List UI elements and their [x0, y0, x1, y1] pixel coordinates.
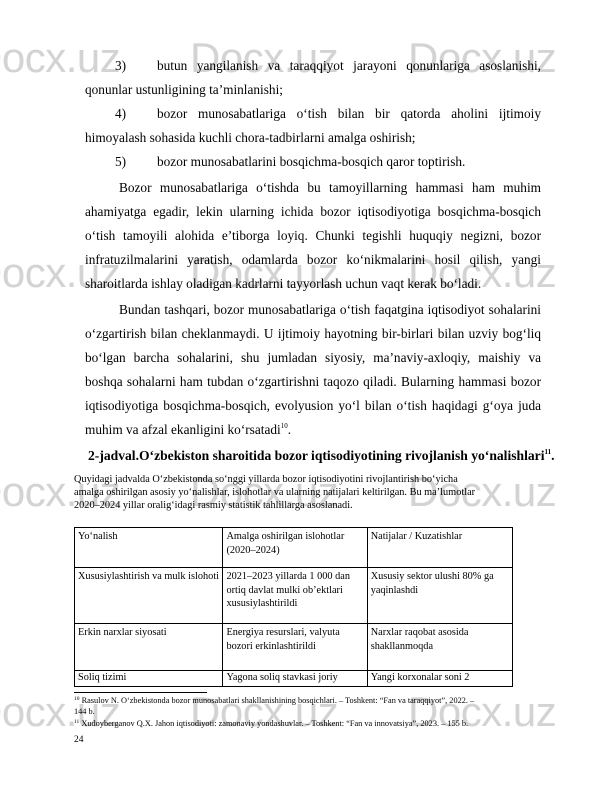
footnote-text: Rasulov N. O‘zbekistonda bozor munosabat…	[82, 696, 475, 705]
paragraph-line: muhim va afzal ekanligini ko‘rsatadi10.	[85, 422, 541, 438]
table-row: Xususiylashtirish va mulk islohoti 2021–…	[75, 568, 513, 624]
list-number: 4)	[115, 106, 126, 122]
table-cell: Energiya resurslari, valyuta bozori erki…	[223, 624, 367, 671]
paragraph-line: Bozor munosabatlariga o‘tishda bu tamoyi…	[119, 180, 541, 196]
paragraph-text: muhim va afzal ekanligini ko‘rsatadi	[85, 422, 281, 437]
list-text-continued: himoyalash sohasida kuchli chora-tadbirl…	[85, 130, 541, 146]
paragraph-line: o‘tish tamoyili alohida e’tiborga loyiq.…	[85, 228, 541, 244]
paragraph-end: .	[288, 422, 291, 437]
paragraph-line: bo‘lgan barcha sohalarini, shu jumladan …	[85, 350, 541, 366]
footnote-number: 10	[74, 696, 80, 702]
list-number: 5)	[115, 154, 126, 170]
table-cell: Narxlar raqobat asosida shakllanmoqda	[367, 624, 512, 671]
table-header-cell: Yo‘nalish	[75, 528, 223, 568]
paragraph-line: ahamiyatga egadir, lekin ularning ichida…	[85, 204, 541, 220]
list-text: bozor munosabatlariga o‘tish bilan bir q…	[157, 106, 541, 122]
table-caption-text: 2-jadval.O‘zbekiston sharoitida bozor iq…	[88, 448, 544, 463]
paragraph-line: boshqa sohalarni ham tubdan o‘zgartirish…	[85, 374, 541, 390]
reforms-table: Yo‘nalish Amalga oshirilgan islohotlar (…	[74, 527, 513, 687]
table-header-cell: Amalga oshirilgan islohotlar (2020–2024)	[223, 528, 367, 568]
table-cell: Soliq tizimi	[75, 671, 223, 687]
list-text: bozor munosabatlarini bosqichma-bosqich …	[157, 154, 541, 170]
page-number: 24	[74, 735, 84, 745]
table-header-row: Yo‘nalish Amalga oshirilgan islohotlar (…	[75, 528, 513, 568]
footnote-text: Xudoyberganov Q.X. Jahon iqtisodiyoti: z…	[81, 719, 468, 728]
table-cell: Yagona soliq stavkasi joriy	[223, 671, 367, 687]
footnote-continued: 144 b.	[74, 707, 95, 718]
paragraph-line: infratuzilmalarini yaratish, odamlarda b…	[85, 252, 541, 268]
caption-end: .	[551, 448, 554, 463]
table-cell: Yangi korxonalar soni 2	[367, 671, 512, 687]
table-row: Erkin narxlar siyosati Energiya resursla…	[75, 624, 513, 671]
table-cell: 2021–2023 yillarda 1 000 dan ortiq davla…	[223, 568, 367, 624]
list-text: butun yangilanish va taraqqiyot jarayoni…	[157, 58, 541, 74]
table-cell: Xususiylashtirish va mulk islohoti	[75, 568, 223, 624]
footnote-text: 144 b.	[74, 707, 95, 716]
intro-line: amalga oshirilgan asosiy yo‘nalishlar, i…	[74, 486, 475, 499]
paragraph-line: o‘zgartirish bilan cheklanmaydi. U ijtim…	[85, 326, 541, 342]
list-number: 3)	[115, 58, 126, 74]
footnote-number: 11	[74, 719, 79, 725]
footnote-ref[interactable]: 10	[281, 422, 288, 430]
intro-line: Quyidagi jadvalda O‘zbekistonda so‘nggi …	[74, 473, 458, 486]
table-caption: 2-jadval.O‘zbekiston sharoitida bozor iq…	[88, 448, 544, 464]
footnote: 10 Rasulov N. O‘zbekistonda bozor munosa…	[74, 696, 474, 707]
document-page: 3) butun yangilanish va taraqqiyot jaray…	[0, 0, 612, 792]
table-header-cell: Natijalar / Kuzatishlar	[367, 528, 512, 568]
paragraph-line: Bundan tashqari, bozor munosabatlariga o…	[119, 302, 541, 318]
table-cell: Xususiy sektor ulushi 80% ga yaqinlashdi	[367, 568, 512, 624]
paragraph-line: iqtisodiyotiga bosqichma-bosqich, evolyu…	[85, 398, 541, 414]
intro-line: 2020–2024 yillar oralig‘idagi rasmiy sta…	[74, 499, 353, 512]
footnote: 11 Xudoyberganov Q.X. Jahon iqtisodiyoti…	[74, 719, 468, 730]
table-row: Soliq tizimi Yagona soliq stavkasi joriy…	[75, 671, 513, 687]
paragraph-line: sharoitlarda ishlay oladigan kadrlarni t…	[85, 276, 541, 292]
list-text-continued: qonunlar ustunligining ta’minlanishi;	[85, 82, 541, 98]
table-cell: Erkin narxlar siyosati	[75, 624, 223, 671]
footnote-separator	[74, 692, 207, 693]
